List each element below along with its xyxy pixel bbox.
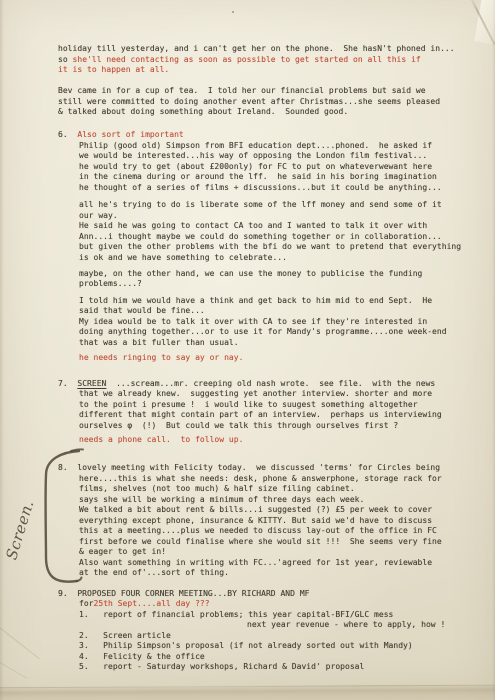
typed-line: ourselves φ (!) But could we talk this t… bbox=[79, 421, 398, 431]
typed-line: films, shelves (not too much) & half siz… bbox=[79, 484, 355, 494]
typed-line: problems....? bbox=[79, 279, 142, 289]
typed-text-segment: 2. Screen article bbox=[79, 631, 171, 640]
typed-text-segment: needs a phone call. to follow up. bbox=[79, 435, 243, 444]
typed-line: here....this is what she needs: desk, ph… bbox=[79, 474, 442, 484]
typed-line: says she will be working a minimum of th… bbox=[79, 495, 364, 505]
typed-text-segment: Also sort of important bbox=[77, 130, 183, 139]
scanned-typewritten-page: holiday till yesterday, and i can't get … bbox=[0, 0, 495, 700]
typed-text-segment: ourselves φ (!) But could we talk this t… bbox=[79, 421, 398, 430]
typed-text-segment: lovely meeting with Felicity today. we d… bbox=[77, 463, 440, 472]
paper-crease-bottom-left bbox=[0, 622, 40, 660]
typed-text-segment: said that would be fine... bbox=[79, 306, 205, 315]
typed-text-segment: 3. Philip Simpson's proposal (if not alr… bbox=[79, 641, 413, 650]
typed-line: he thought of a series of films + discus… bbox=[79, 183, 442, 193]
typed-text-segment: first before we could finalise where she… bbox=[79, 537, 442, 546]
typed-text-segment: here....this is what she needs: desk, ph… bbox=[79, 474, 442, 483]
typed-line: we would be interested...his way of oppo… bbox=[79, 151, 427, 161]
typed-line: it is to happen at all. bbox=[58, 65, 169, 75]
paper-fold-shadow-bottom bbox=[0, 683, 495, 700]
typed-text-segment: that we already knew. suggesting yet ano… bbox=[79, 389, 432, 398]
typed-text-segment: is ok and we have something to celebrate… bbox=[79, 253, 287, 262]
typed-line: 4. Felicity & the office bbox=[79, 652, 205, 662]
typed-text-segment: We talked a bit about rent & bills...i s… bbox=[79, 505, 432, 514]
typed-text-segment: she'll need contacting as soon as possib… bbox=[73, 55, 421, 64]
typed-text-segment: different that might contain part of an … bbox=[79, 410, 442, 419]
typed-text-segment: says she will be working a minimum of th… bbox=[79, 495, 364, 504]
typed-line: My idea would be to talk it over with CA… bbox=[79, 317, 427, 327]
typed-text-segment: 1. report of financial problems; this ye… bbox=[79, 610, 393, 619]
typed-line: needs a phone call. to follow up. bbox=[79, 435, 243, 445]
typed-text-segment: holiday till yesterday, and i can't get … bbox=[58, 44, 455, 53]
typed-text-segment: he would try to get (about £200only) for… bbox=[79, 162, 432, 171]
typed-text-segment: 25th Sept....all day ??? bbox=[94, 599, 210, 608]
typed-line: that was a bit fuller than usual. bbox=[79, 338, 239, 348]
typed-text-segment: 9. PROPOSED FOUR CORNER MEETING...BY RIC… bbox=[58, 589, 310, 598]
typed-line: he needs ringing to say ay or nay. bbox=[79, 353, 243, 363]
typed-line: different that might contain part of an … bbox=[79, 410, 442, 420]
typed-text-segment: Ann...i thought maybe we could do someth… bbox=[79, 232, 442, 241]
typed-line: in the cinema during or around the lff. … bbox=[79, 172, 437, 182]
typed-line: to the point i presume ! i would like to… bbox=[79, 400, 418, 410]
typed-line: said that would be fine... bbox=[79, 306, 205, 316]
typed-line: & eager to get in! bbox=[79, 547, 166, 557]
typed-text-segment: all he's trying to do is liberate some o… bbox=[79, 200, 442, 209]
typed-line: 8. lovely meeting with Felicity today. w… bbox=[58, 463, 440, 473]
typed-text-segment: at the end of'...sort of thing. bbox=[79, 568, 229, 577]
typed-line: but given the other problems with the bf… bbox=[79, 242, 461, 252]
typed-text-segment: & talked about doing something about Ire… bbox=[58, 107, 348, 116]
typed-text-segment: films, shelves (not too much) & half siz… bbox=[79, 484, 355, 493]
typed-line: for25th Sept....all day ??? bbox=[79, 599, 210, 609]
paper-fold-line-bottom bbox=[0, 685, 495, 689]
typed-text-segment: he needs ringing to say ay or nay. bbox=[79, 353, 243, 362]
typed-text-segment: problems....? bbox=[79, 279, 142, 288]
typed-text-segment: Bev came in for a cup of tea. I told her… bbox=[58, 86, 426, 95]
typed-text-segment: maybe, on the other hand, we can use the… bbox=[79, 269, 422, 278]
typed-text-segment: 6. bbox=[58, 130, 77, 139]
typed-text-segment: 5. report - Saturday workshops, Richard … bbox=[79, 662, 364, 671]
typed-line: our way. bbox=[79, 211, 118, 221]
typed-text-segment: I told him we would have a think and get… bbox=[79, 296, 432, 305]
typed-line: 9. PROPOSED FOUR CORNER MEETING...BY RIC… bbox=[58, 589, 310, 599]
typed-line: Philip (good old) Simpson from BFI educa… bbox=[79, 141, 432, 151]
typed-line: 6. Also sort of important bbox=[58, 130, 184, 140]
typed-text-segment: our way. bbox=[79, 211, 118, 220]
typed-line: holiday till yesterday, and i can't get … bbox=[58, 44, 455, 54]
typed-text-segment: next year revenue - where to apply, how … bbox=[247, 620, 445, 629]
paper-crease-bottom-left-2 bbox=[0, 658, 28, 679]
typed-line: 5. report - Saturday workshops, Richard … bbox=[79, 662, 364, 672]
typed-line: & talked about doing something about Ire… bbox=[58, 107, 348, 117]
typed-text-segment: doing anything together...or to use it f… bbox=[79, 327, 447, 336]
paper-speck bbox=[232, 11, 234, 13]
typed-text-segment: SCREEN bbox=[77, 379, 106, 388]
typed-line: 3. Philip Simpson's proposal (if not alr… bbox=[79, 641, 413, 651]
typed-line: Bev came in for a cup of tea. I told her… bbox=[58, 86, 426, 96]
typed-text-segment: Also want something in writing with FC..… bbox=[79, 558, 432, 567]
typed-line: everything except phone, insurance & KIT… bbox=[79, 516, 432, 526]
typed-line: still were committed to doing another ev… bbox=[58, 97, 440, 107]
typed-text-segment: we would be interested...his way of oppo… bbox=[79, 151, 427, 160]
typed-line: 7. SCREEN ...scream...mr. creeping old n… bbox=[58, 379, 435, 389]
typed-line: He said he was going to contact CA too a… bbox=[79, 221, 427, 231]
typed-text-segment: it is to happen at all. bbox=[58, 65, 169, 74]
typed-line: is ok and we have something to celebrate… bbox=[79, 253, 287, 263]
typed-text-segment: but given the other problems with the bf… bbox=[79, 242, 461, 251]
typed-text-segment: for bbox=[79, 599, 94, 608]
typed-line: I told him we would have a think and get… bbox=[79, 296, 432, 306]
typed-line: next year revenue - where to apply, how … bbox=[247, 620, 445, 630]
typed-line: he would try to get (about £200only) for… bbox=[79, 162, 432, 172]
typed-text-segment: in the cinema during or around the lff. … bbox=[79, 172, 437, 181]
typed-text-segment: that was a bit fuller than usual. bbox=[79, 338, 239, 347]
typed-line: all he's trying to do is liberate some o… bbox=[79, 200, 442, 210]
typed-text-segment: still were committed to doing another ev… bbox=[58, 97, 440, 106]
typed-text-segment: to the point i presume ! i would like to… bbox=[79, 400, 418, 409]
typed-text-segment: 7. bbox=[58, 379, 77, 388]
typed-text-segment: Philip (good old) Simpson from BFI educa… bbox=[79, 141, 432, 150]
typed-text-segment: He said he was going to contact CA too a… bbox=[79, 221, 427, 230]
typed-line: maybe, on the other hand, we can use the… bbox=[79, 269, 422, 279]
typed-line: doing anything together...or to use it f… bbox=[79, 327, 447, 337]
typed-text-segment: everything except phone, insurance & KIT… bbox=[79, 516, 432, 525]
typed-text-segment: ...scream...mr. creeping old nash wrote.… bbox=[106, 379, 435, 388]
typed-line: at the end of'...sort of thing. bbox=[79, 568, 229, 578]
typed-text-segment: 4. Felicity & the office bbox=[79, 652, 205, 661]
typed-text-segment: & eager to get in! bbox=[79, 547, 166, 556]
paper-corner-highlight bbox=[474, 0, 495, 46]
paper-edge-shadow-left bbox=[0, 0, 4, 700]
typed-text-segment: he thought of a series of films + discus… bbox=[79, 183, 442, 192]
typed-text-segment: this at a meeting....plus we needed to d… bbox=[79, 526, 437, 535]
typed-line: 1. report of financial problems; this ye… bbox=[79, 610, 393, 620]
typed-line: We talked a bit about rent & bills...i s… bbox=[79, 505, 432, 515]
paper-crease-top-right bbox=[470, 0, 495, 45]
typed-text-segment: My idea would be to talk it over with CA… bbox=[79, 317, 427, 326]
typed-line: Ann...i thought maybe we could do someth… bbox=[79, 232, 442, 242]
typed-line: Also want something in writing with FC..… bbox=[79, 558, 432, 568]
typed-text-segment: so bbox=[58, 55, 73, 64]
typed-line: 2. Screen article bbox=[79, 631, 171, 641]
typed-line: this at a meeting....plus we needed to d… bbox=[79, 526, 437, 536]
typed-line: so she'll need contacting as soon as pos… bbox=[58, 55, 421, 65]
typed-line: first before we could finalise where she… bbox=[79, 537, 442, 547]
typed-line: that we already knew. suggesting yet ano… bbox=[79, 389, 432, 399]
